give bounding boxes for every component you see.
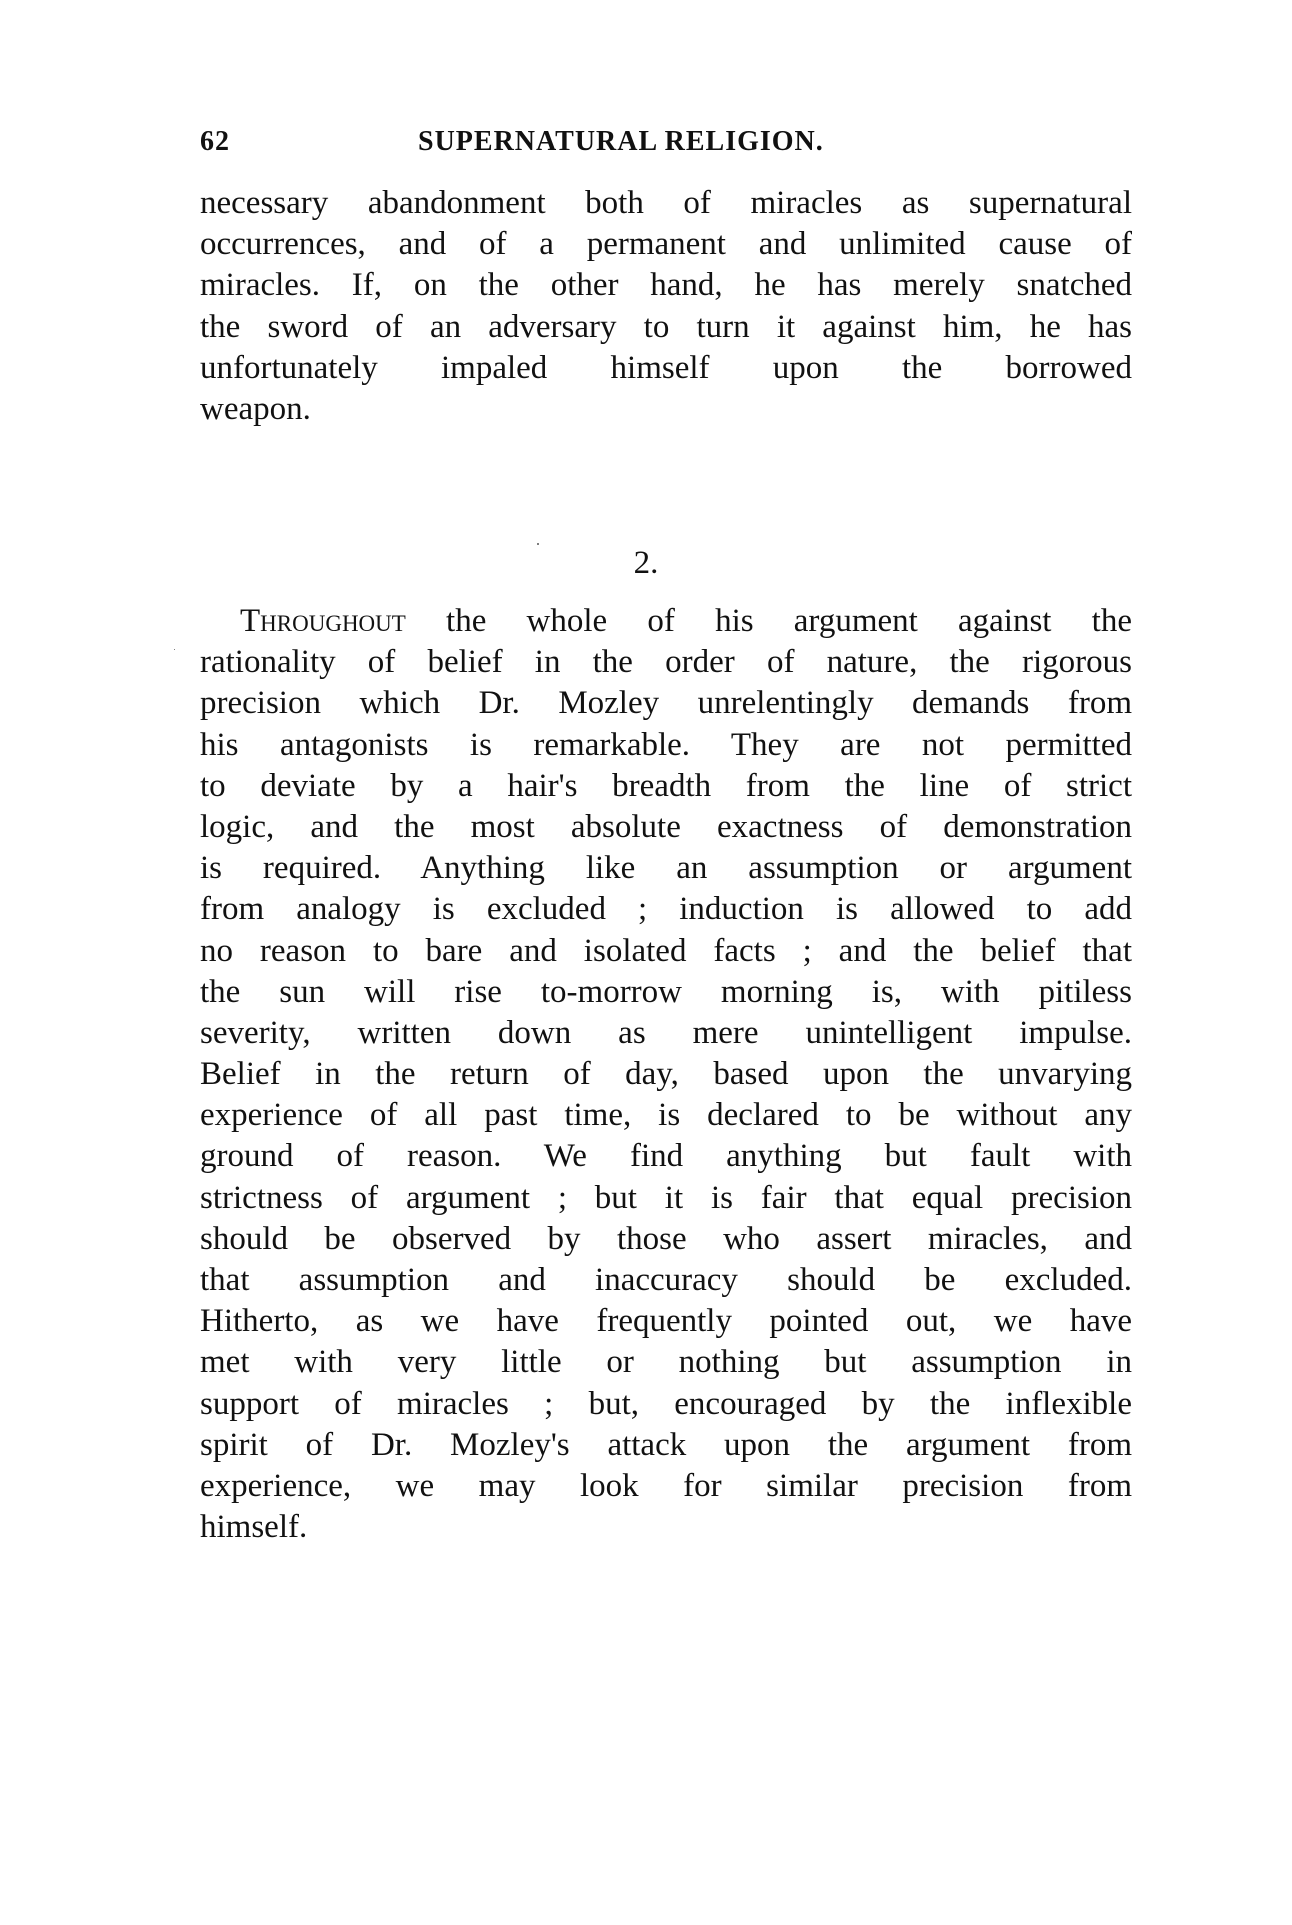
text-line: is required. Anything like an assumption… [200,848,1132,889]
text-line: necessary abandonment both of miracles a… [200,183,1132,224]
running-title: SUPERNATURAL RELIGION. [418,126,824,158]
text-line: unfortunately impaled himself upon the b… [200,348,1132,389]
text-line: the sun will rise to-morrow morning is, … [200,972,1132,1013]
first-line-rest: the whole of his argument against the [406,603,1132,639]
text-line: to deviate by a hair's breadth from the … [200,766,1132,807]
paragraph-2: Throughout the whole of his argument aga… [200,601,1132,1548]
text-line: experience, we may look for similar prec… [200,1466,1132,1507]
text-line: logic, and the most absolute exactness o… [200,807,1132,848]
text-line: miracles. If, on the other hand, he has … [200,265,1132,306]
text-line: should be observed by those who assert m… [200,1219,1132,1260]
drop-small-caps-word: Throughout [240,603,406,639]
book-page: 62 SUPERNATURAL RELIGION. necessary aban… [0,0,1292,1925]
text-line: no reason to bare and isolated facts ; a… [200,931,1132,972]
text-line: that assumption and inaccuracy should be… [200,1260,1132,1301]
text-line: precision which Dr. Mozley unrelentingly… [200,683,1132,724]
text-line: experience of all past time, is declared… [200,1095,1132,1136]
text-line: occurrences, and of a permanent and unli… [200,224,1132,265]
text-line: ground of reason. We find anything but f… [200,1136,1132,1177]
paragraph-1: necessary abandonment both of miracles a… [200,183,1132,430]
section-number: 2. [0,545,1292,582]
text-line: weapon. [200,389,1132,430]
text-line-first: Throughout the whole of his argument aga… [200,601,1132,642]
text-line: met with very little or nothing but assu… [200,1342,1132,1383]
text-line: Belief in the return of day, based upon … [200,1054,1132,1095]
page-number: 62 [200,126,230,158]
text-line: strictness of argument ; but it is fair … [200,1178,1132,1219]
text-line: himself. [200,1507,1132,1548]
text-line: Hitherto, as we have frequently pointed … [200,1301,1132,1342]
text-line: the sword of an adversary to turn it aga… [200,307,1132,348]
text-line: from analogy is excluded ; induction is … [200,889,1132,930]
running-header: 62 SUPERNATURAL RELIGION. [200,126,1100,166]
text-line: rationality of belief in the order of na… [200,642,1132,683]
scan-speck [174,649,175,650]
text-line: severity, written down as mere unintelli… [200,1013,1132,1054]
text-line: his antagonists is remarkable. They are … [200,725,1132,766]
text-line: support of miracles ; but, encouraged by… [200,1384,1132,1425]
text-line: spirit of Dr. Mozley's attack upon the a… [200,1425,1132,1466]
